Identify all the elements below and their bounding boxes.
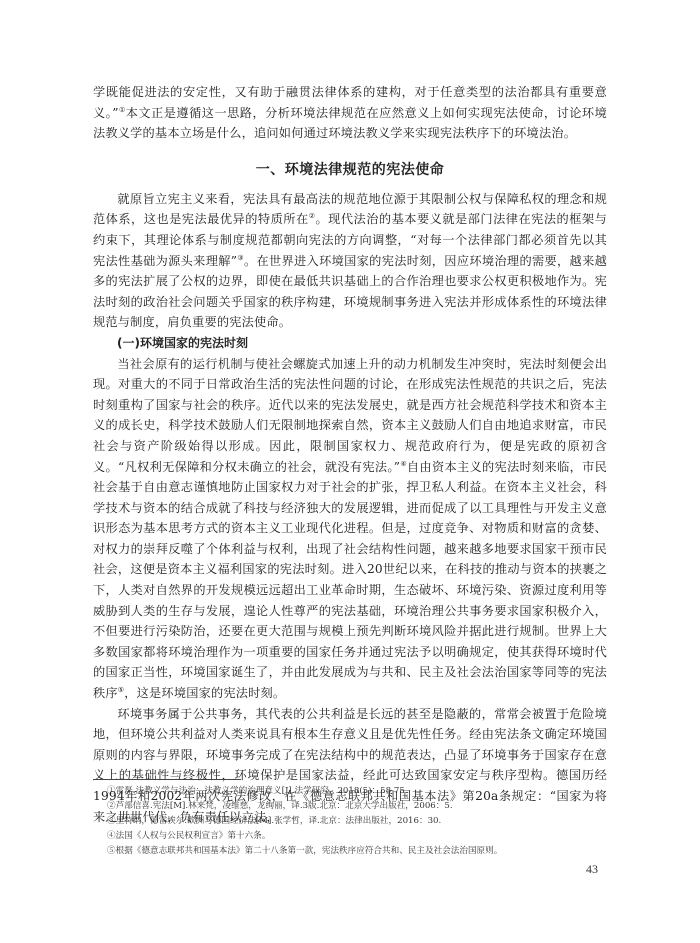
footnote-5: ⑤根据《德意志联邦共和国基本法》第二十八条第一款，宪法秩序应符合共和、民主及社会… [107,844,607,859]
text-run: 本文正是遵循这一思路，分析环境法律规范在应然意义上如何实现宪法使命，讨论环境法教… [93,106,607,141]
footnotes: ①雷磊.法教义学与法治：法教义学的治理意义[J].法学研究，2018(5)：58… [107,784,607,859]
section-heading: 一、环境法律规范的宪法使命 [93,160,607,180]
paragraph-intro-continuation: 学既能促进法的安定性，又有助于融贯法律体系的建构，对于任意类型的法治都具有重要意… [93,82,607,144]
footnote-divider [93,779,241,780]
footnote-4: ④法国《人权与公民权利宣言》第十六条。 [107,829,607,844]
paragraph-constitutional-mission: 就原旨立宪主义来看，宪法具有最高法的规范地位源于其限制公权与保障私权的理念和规范… [93,189,607,333]
footnote-ref-3[interactable]: ③ [237,254,244,262]
footnote-ref-1[interactable]: ① [119,106,126,114]
page-number: 43 [586,862,598,877]
article-body: 学既能促进法的安定性，又有助于融贯法律体系的建构，对于任意类型的法治都具有重要意… [93,82,607,827]
text-run: 自由资本主义的宪法时刻来临，市民社会基于自由意志谨慎地防止国家权力对于社会的扩张… [93,460,607,701]
footnote-1: ①雷磊.法教义学与法治：法教义学的治理意义[J].法学研究，2018(5)：58… [107,784,607,799]
footnote-2: ②芦部信喜.宪法[M].林来梵，凌维慈，龙绚丽，译.3版.北京：北京大学出版社，… [107,799,607,814]
text-run: ，这是环境国家的宪法时刻。 [124,686,285,700]
footnote-ref-4[interactable]: ④ [400,459,407,467]
text-run: 当社会原有的运行机制与使社会螺旋式加速上升的动力机制发生冲突时，宪法时刻便会出现… [93,357,607,474]
subsection-heading: (一)环境国家的宪法时刻 [93,333,607,354]
paragraph-constitutional-moment: 当社会原有的运行机制与使社会螺旋式加速上升的动力机制发生冲突时，宪法时刻便会出现… [93,354,607,704]
footnote-3: ③里特纳，德雷埃尔.欧洲与德国经济法[M].张学哲，译.北京：法律出版社，201… [107,814,607,829]
